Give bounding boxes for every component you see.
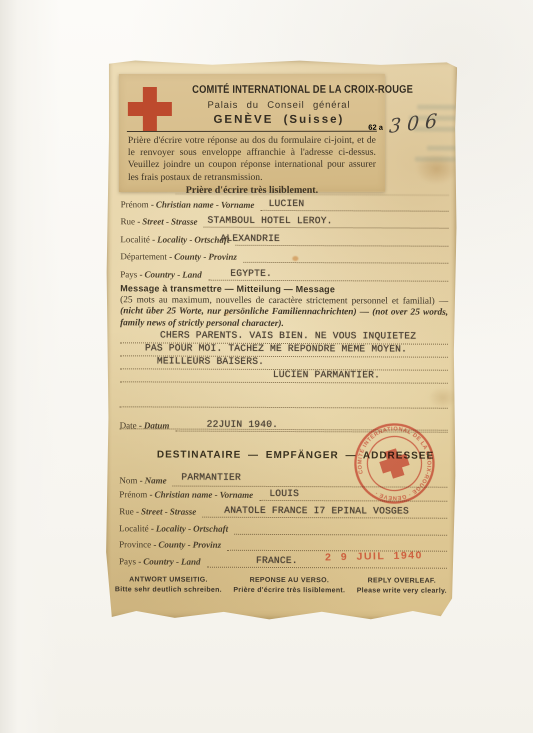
form-title: COMITÉ INTERNATIONAL DE LA CROIX-ROUGE — [192, 84, 365, 96]
stamp-cross-icon — [377, 446, 412, 481]
red-cross-message-form: COMITÉ INTERNATIONAL DE LA CROIX-ROUGE P… — [105, 59, 457, 621]
addressee-pays-value: FRANCE. — [256, 555, 298, 566]
received-date-stamp: 2 9 JUIL 1940 — [325, 549, 423, 563]
sender-pays-value: EGYPTE. — [230, 268, 272, 279]
red-cross-icon — [128, 87, 172, 131]
sender-row-departement: Département -County -Provinz — [120, 249, 448, 263]
addressee-prenom-value: LOUIS — [269, 488, 299, 499]
header-instructions: Prière d'écrire votre réponse au dos du … — [128, 135, 376, 183]
sender-row-pays: Pays -Country -Land EGYPTE. — [120, 267, 448, 281]
message-signature-line: LUCIEN PARMANTIER. — [120, 368, 448, 383]
legibility-note: Prière d'écrire très lisiblement. — [128, 185, 376, 197]
sender-localite-value: ALEXANDRIE — [220, 233, 280, 244]
form-subtitle: Palais du Conseil général — [177, 100, 381, 111]
footer-german: ANTWORT UMSEITIG. Bitte sehr deutlich sc… — [115, 575, 222, 594]
message-heading: Message à transmettre — Mitteilung — Mes… — [120, 283, 335, 294]
sender-row-rue: Rue -Street -Strasse STAMBOUL HOTEL LERO… — [120, 214, 448, 228]
sender-rue-value: STAMBOUL HOTEL LEROY. — [207, 215, 332, 227]
printed-header-label: COMITÉ INTERNATIONAL DE LA CROIX-ROUGE P… — [119, 74, 385, 192]
header-rule — [127, 131, 377, 132]
addressee-row-localite: Localité -Locality -Ortschaft — [119, 521, 447, 535]
sender-row-localite: Localité -Locality -Ortschaft ALEXANDRIE — [120, 232, 448, 246]
date-value: 22JUIN 1940. — [207, 419, 279, 430]
sender-prenom-value: LUCIEN — [269, 198, 305, 209]
message-note: (25 mots au maximum, nouvelles de caract… — [120, 295, 448, 331]
addressee-nom-value: PARMANTIER — [181, 472, 241, 483]
form-city: GENÈVE (Suisse) — [177, 114, 381, 126]
footer-english: REPLY OVERLEAF. Please write very clearl… — [357, 576, 447, 595]
footer-instructions: ANTWORT UMSEITIG. Bitte sehr deutlich sc… — [115, 575, 447, 595]
message-empty-line — [120, 393, 448, 408]
footer-french: REPONSE AU VERSO. Prière d'écrire très l… — [233, 576, 345, 595]
sender-row-prenom: Prénom -Christian name -Vorname LUCIEN — [121, 197, 449, 211]
